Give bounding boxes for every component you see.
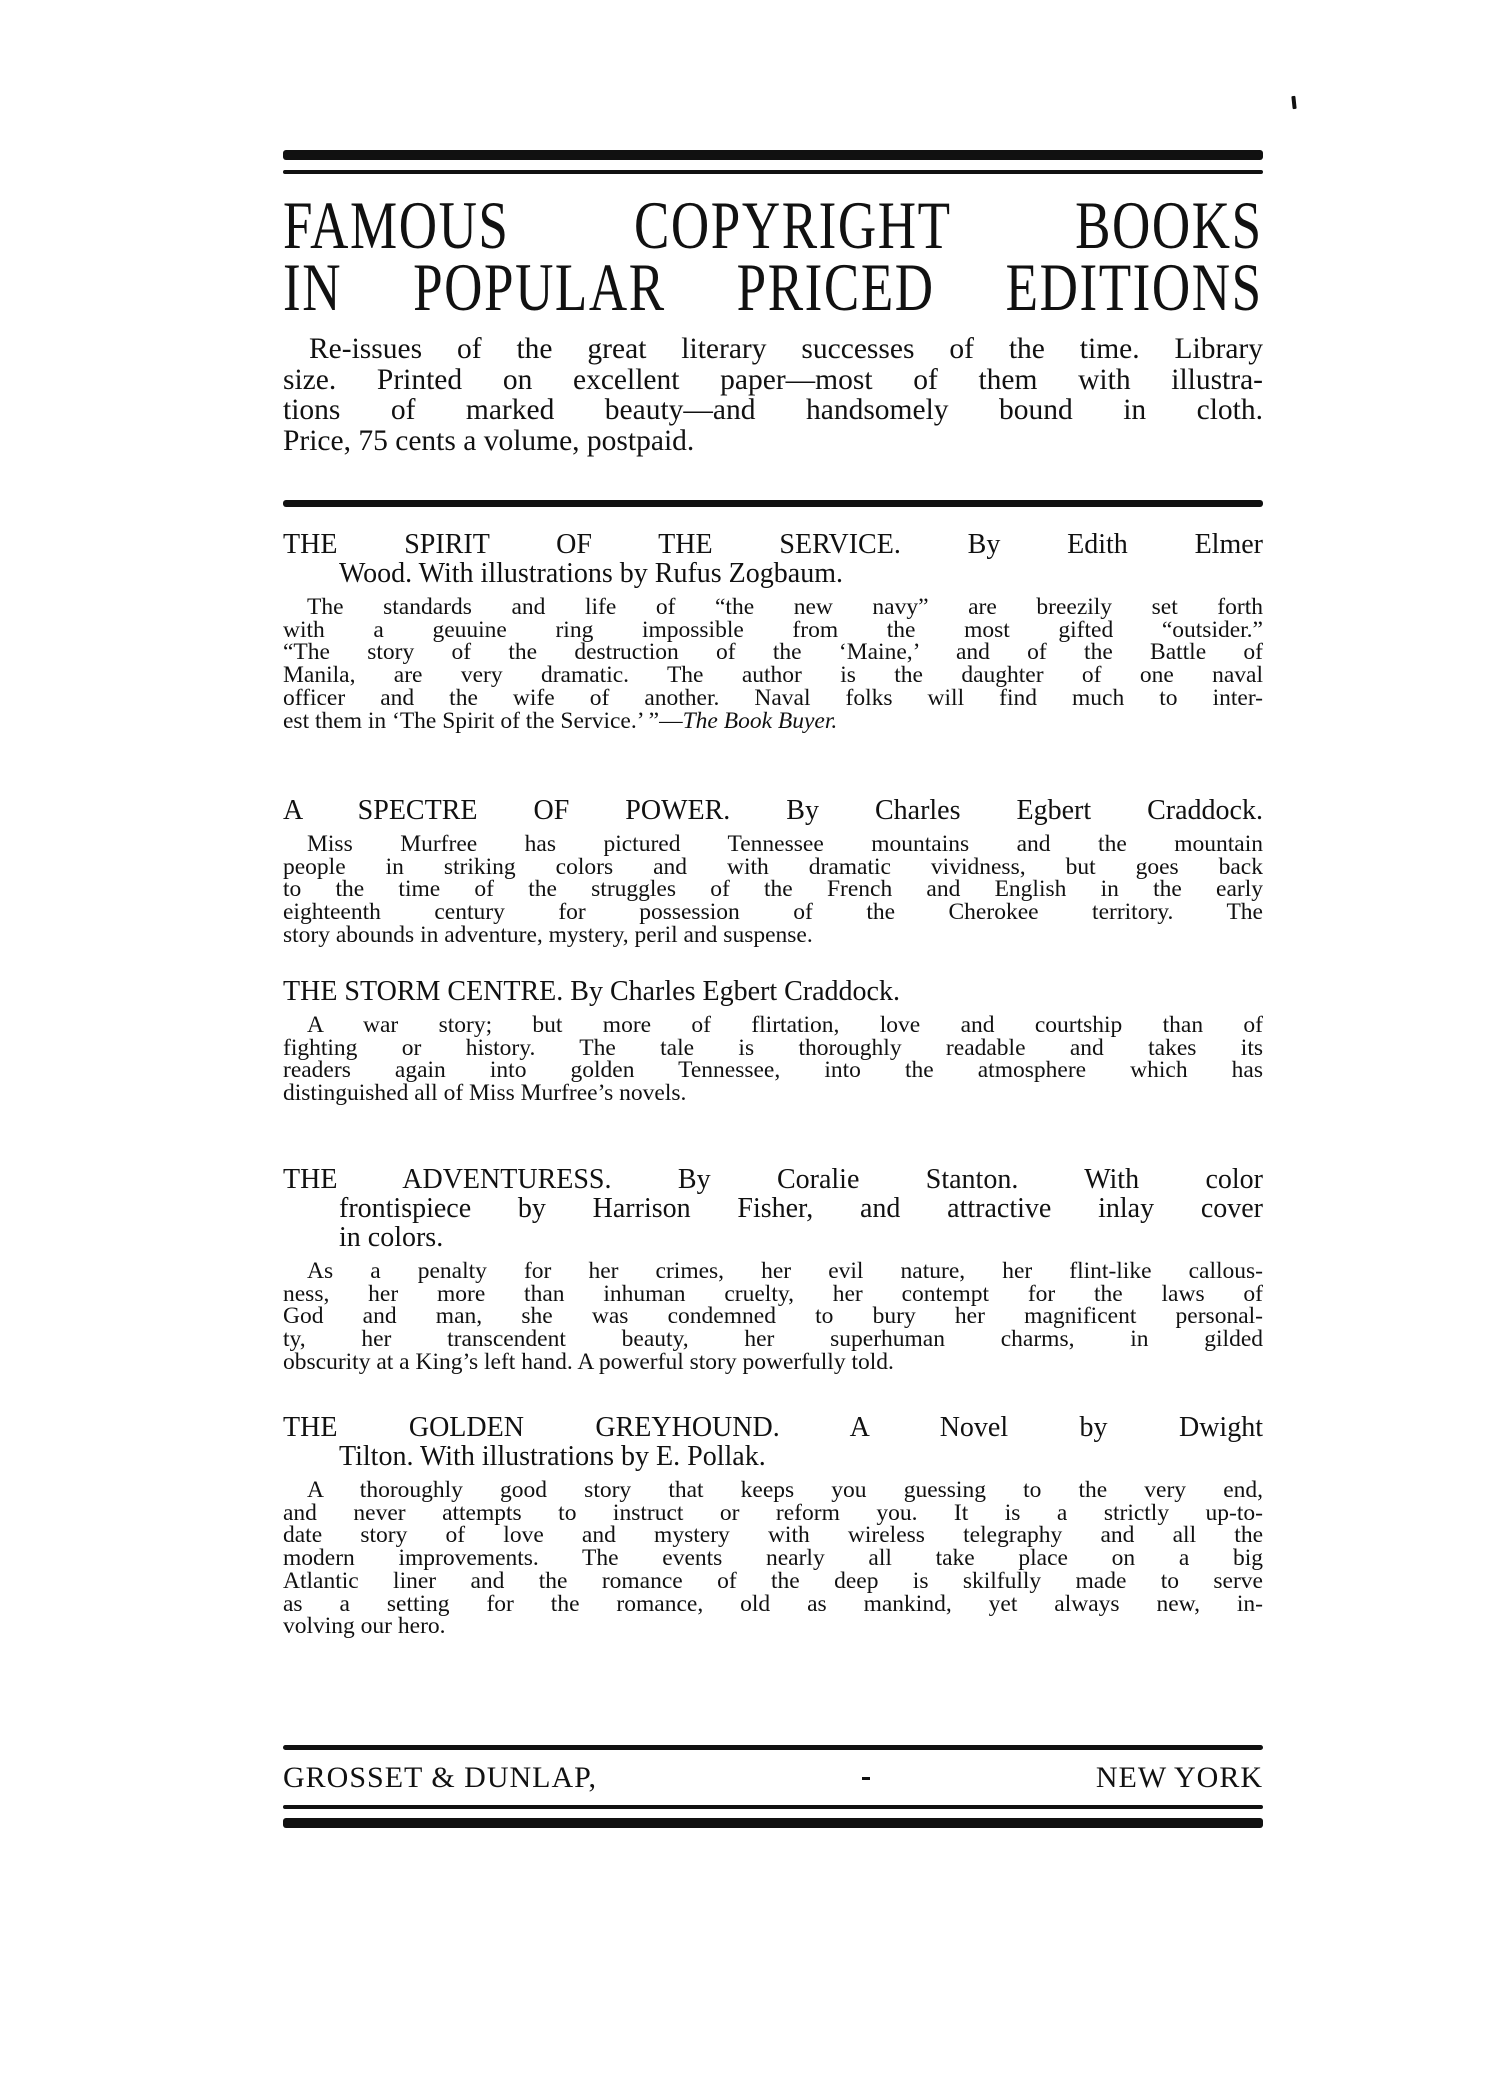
book-title-line: THE GOLDEN GREYHOUND. A Novel by Dwight xyxy=(283,1413,1263,1442)
description-line: with a geuuine ring impossible from the … xyxy=(283,619,1263,642)
book-description: A war story; but more of flirtation, lov… xyxy=(283,1014,1263,1105)
book-title-line: THE ADVENTURESS. By Coralie Stanton. Wit… xyxy=(283,1165,1263,1194)
description-line: volving our hero. xyxy=(283,1615,1263,1638)
book-description: A thoroughly good story that keeps you g… xyxy=(283,1479,1263,1638)
description-line: story abounds in adventure, mystery, per… xyxy=(283,924,1263,947)
book-entry-adventuress: THE ADVENTURESS. By Coralie Stanton. Wit… xyxy=(283,1165,1263,1374)
section-rule xyxy=(283,500,1263,507)
description-line: modern improvements. The events nearly a… xyxy=(283,1547,1263,1570)
description-line: to the time of the struggles of the Fren… xyxy=(283,878,1263,901)
book-entry-storm-centre: THE STORM CENTRE. By Charles Egbert Crad… xyxy=(283,977,1263,1105)
description-line: eighteenth century for possession of the… xyxy=(283,901,1263,924)
book-title-heading: THE STORM CENTRE. By Charles Egbert Crad… xyxy=(283,977,1263,1006)
book-title-line: A SPECTRE OF POWER. By Charles Egbert Cr… xyxy=(283,796,1263,825)
book-title-heading: THE ADVENTURESS. By Coralie Stanton. Wit… xyxy=(283,1165,1263,1252)
book-title-line: Wood. With illustrations by Rufus Zogbau… xyxy=(283,559,1263,588)
description-line: A thoroughly good story that keeps you g… xyxy=(283,1479,1263,1502)
quote-text: est them in ‘The Spirit of the Service.’… xyxy=(283,708,683,734)
book-entry-spirit-of-the-service: THE SPIRIT OF THE SERVICE. By Edith Elme… xyxy=(283,530,1263,732)
intro-line: size. Printed on excellent paper—most of… xyxy=(283,365,1263,396)
description-line: date story of love and mystery with wire… xyxy=(283,1524,1263,1547)
description-line: distinguished all of Miss Murfree’s nove… xyxy=(283,1082,1263,1105)
description-line: ty, her transcendent beauty, her superhu… xyxy=(283,1328,1263,1351)
description-line: Atlantic liner and the romance of the de… xyxy=(283,1570,1263,1593)
description-line: and never attempts to instruct or reform… xyxy=(283,1502,1263,1525)
description-line: “The story of the destruction of the ‘Ma… xyxy=(283,641,1263,664)
intro-paragraph: Re-issues of the great literary successe… xyxy=(283,334,1263,456)
footer-thin-rule xyxy=(283,1805,1263,1809)
intro-line: Re-issues of the great literary successe… xyxy=(283,334,1263,365)
description-line: as a setting for the romance, old as man… xyxy=(283,1593,1263,1616)
book-title-heading: A SPECTRE OF POWER. By Charles Egbert Cr… xyxy=(283,796,1263,825)
description-line: officer and the wife of another. Naval f… xyxy=(283,687,1263,710)
description-line: readers again into golden Tennessee, int… xyxy=(283,1059,1263,1082)
book-entry-golden-greyhound: THE GOLDEN GREYHOUND. A Novel by Dwight … xyxy=(283,1413,1263,1638)
headline: FAMOUS COPYRIGHT BOOKS IN POPULAR PRICED… xyxy=(283,194,1263,318)
book-title-line: THE STORM CENTRE. By Charles Egbert Crad… xyxy=(283,977,1263,1006)
description-line: God and man, she was condemned to bury h… xyxy=(283,1305,1263,1328)
publisher-name: GROSSET & DUNLAP, xyxy=(283,1758,597,1798)
description-line: Miss Murfree has pictured Tennessee moun… xyxy=(283,833,1263,856)
book-title-line: frontispiece by Harrison Fisher, and att… xyxy=(283,1194,1263,1223)
description-line: obscurity at a King’s left hand. A power… xyxy=(283,1351,1263,1374)
quote-source: The Book Buyer. xyxy=(683,708,838,734)
book-description: Miss Murfree has pictured Tennessee moun… xyxy=(283,833,1263,947)
book-title-line: in colors. xyxy=(283,1223,1263,1252)
description-line: As a penalty for her crimes, her evil na… xyxy=(283,1260,1263,1283)
separator-dash xyxy=(862,1777,870,1780)
book-description: The standards and life of “the new navy”… xyxy=(283,596,1263,732)
top-thin-rule xyxy=(283,170,1263,174)
headline-line-2: IN POPULAR PRICED EDITIONS xyxy=(283,256,1263,318)
description-line: est them in ‘The Spirit of the Service.’… xyxy=(283,710,1263,733)
footer-top-rule xyxy=(283,1745,1263,1750)
intro-line: Price, 75 cents a volume, postpaid. xyxy=(283,426,1263,457)
intro-line: tions of marked beauty—and handsomely bo… xyxy=(283,395,1263,426)
description-line: A war story; but more of flirtation, lov… xyxy=(283,1014,1263,1037)
book-entry-spectre-of-power: A SPECTRE OF POWER. By Charles Egbert Cr… xyxy=(283,796,1263,947)
description-line: The standards and life of “the new navy”… xyxy=(283,596,1263,619)
publisher-city: NEW YORK xyxy=(1096,1758,1263,1798)
description-line: Manila, are very dramatic. The author is… xyxy=(283,664,1263,687)
book-title-line: THE SPIRIT OF THE SERVICE. By Edith Elme… xyxy=(283,530,1263,559)
footer-thick-rule xyxy=(283,1818,1263,1828)
headline-line-1: FAMOUS COPYRIGHT BOOKS xyxy=(283,194,1263,256)
description-line: ness, her more than inhuman cruelty, her… xyxy=(283,1283,1263,1306)
book-title-line: Tilton. With illustrations by E. Pollak. xyxy=(283,1442,1263,1471)
book-description: As a penalty for her crimes, her evil na… xyxy=(283,1260,1263,1374)
scan-corner-mark xyxy=(1291,96,1296,109)
description-line: people in striking colors and with drama… xyxy=(283,856,1263,879)
top-thick-rule xyxy=(283,150,1263,160)
publisher-footer: GROSSET & DUNLAP, NEW YORK xyxy=(283,1758,1263,1798)
book-title-heading: THE GOLDEN GREYHOUND. A Novel by Dwight … xyxy=(283,1413,1263,1471)
book-title-heading: THE SPIRIT OF THE SERVICE. By Edith Elme… xyxy=(283,530,1263,588)
description-line: fighting or history. The tale is thoroug… xyxy=(283,1037,1263,1060)
